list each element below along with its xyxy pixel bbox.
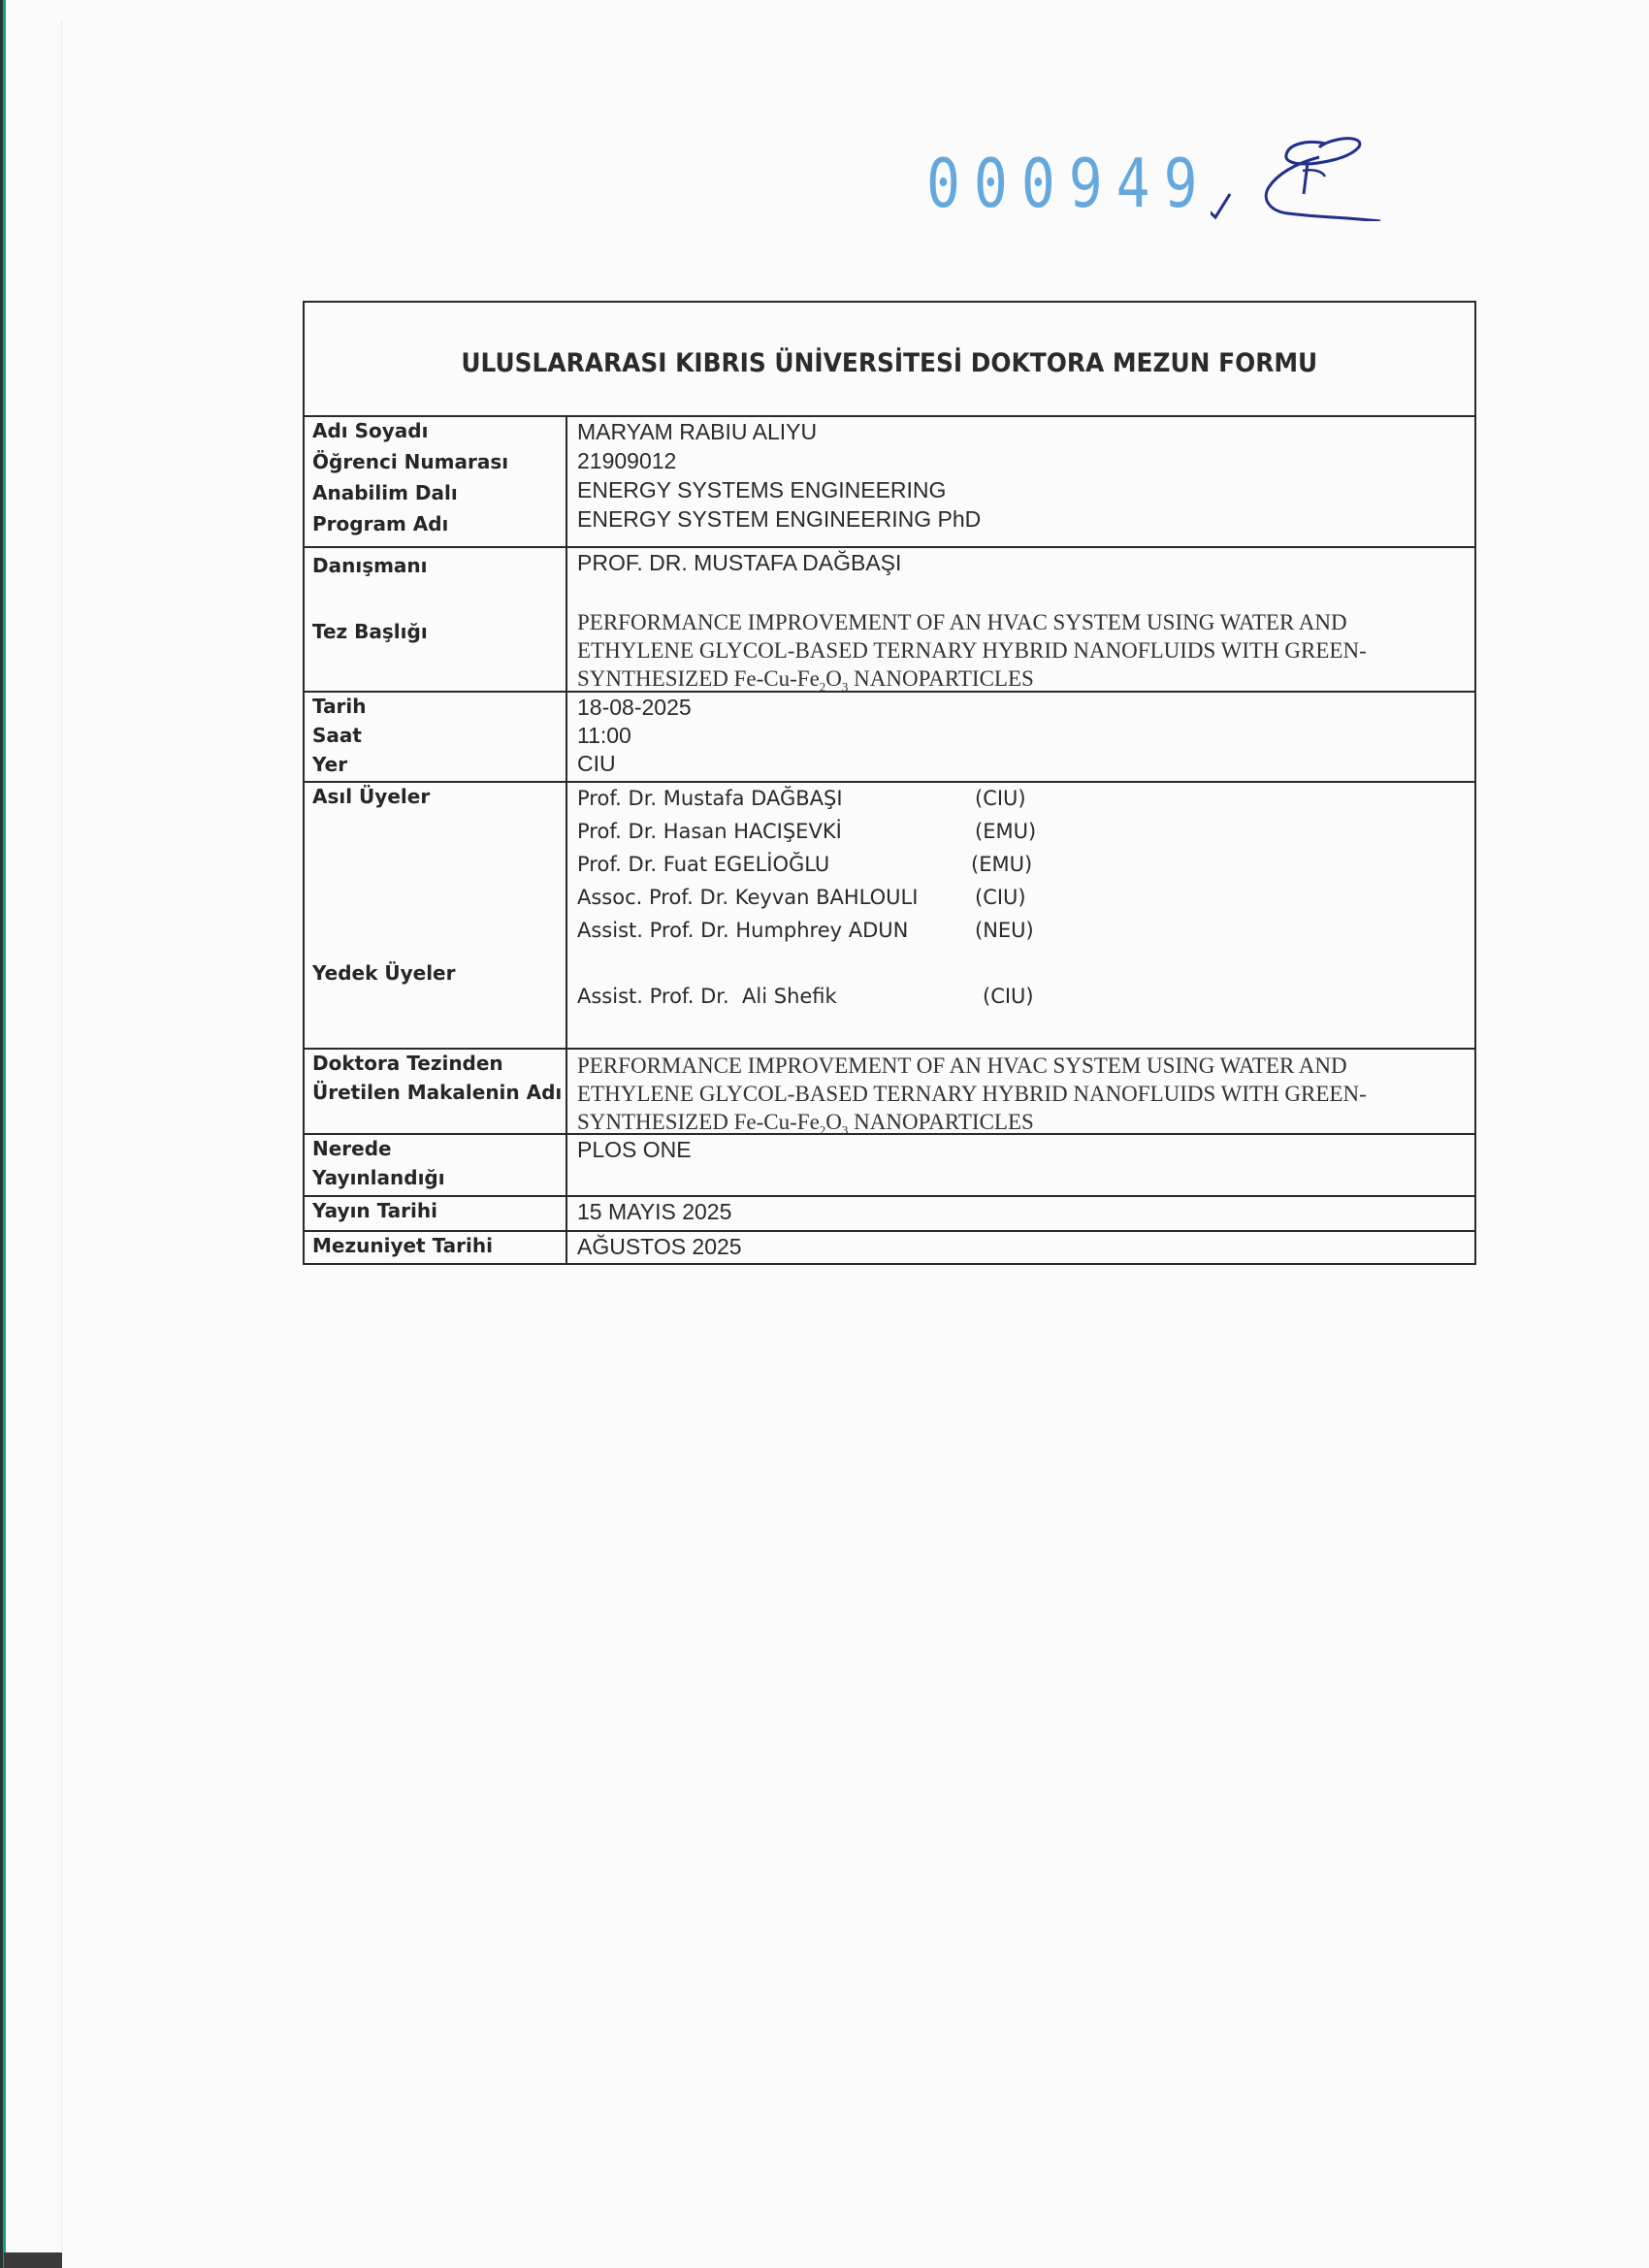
defense-place: CIU bbox=[577, 751, 1474, 779]
committee-member: Prof. Dr. Mustafa DAĞBAŞI(CIU) bbox=[577, 787, 1474, 820]
published-where-value: PLOS ONE bbox=[567, 1135, 1474, 1195]
label-program: Program Adı bbox=[312, 512, 566, 541]
label-main-members: Asıl Üyeler bbox=[312, 785, 566, 808]
published-where-row: Nerede Yayınlandığı PLOS ONE bbox=[305, 1135, 1474, 1197]
label-advisor: Danışmanı bbox=[312, 554, 566, 583]
label-publication-date: Yayın Tarihi bbox=[305, 1197, 567, 1230]
article-text: O bbox=[825, 1110, 842, 1134]
defense-info-values: 18-08-2025 11:00 CIU bbox=[567, 693, 1474, 781]
member-name: Prof. Dr. Fuat EGELİOĞLU bbox=[577, 853, 829, 876]
student-info-values: MARYAM RABIU ALIYU 21909012 ENERGY SYSTE… bbox=[567, 417, 1474, 546]
member-name: Assist. Prof. Dr. Humphrey ADUN bbox=[577, 919, 908, 942]
committee-labels: Asıl Üyeler Yedek Üyeler bbox=[305, 783, 567, 1048]
student-info-labels: Adı Soyadı Öğrenci Numarası Anabilim Dal… bbox=[305, 417, 567, 546]
label-article-2: Üretilen Makalenin Adı bbox=[312, 1081, 566, 1104]
committee-member: Assoc. Prof. Dr. Keyvan BAHLOULI(CIU) bbox=[577, 886, 1474, 919]
thesis-text: NANOPARTICLES bbox=[848, 666, 1033, 691]
committee-row: Asıl Üyeler Yedek Üyeler Prof. Dr. Musta… bbox=[305, 783, 1474, 1050]
scan-corner-shadow bbox=[4, 2252, 62, 2268]
member-affiliation: (EMU) bbox=[975, 820, 1036, 843]
member-affiliation: (CIU) bbox=[975, 787, 1026, 810]
publication-date-row: Yayın Tarihi 15 MAYIS 2025 bbox=[305, 1197, 1474, 1232]
label-article-1: Doktora Tezinden bbox=[312, 1052, 566, 1081]
article-text: NANOPARTICLES bbox=[848, 1110, 1033, 1134]
article-row: Doktora Tezinden Üretilen Makalenin Adı … bbox=[305, 1050, 1474, 1135]
signature-initials-icon bbox=[1211, 134, 1385, 221]
thesis-title-line: PERFORMANCE IMPROVEMENT OF AN HVAC SYSTE… bbox=[577, 608, 1474, 636]
advisor-name: PROF. DR. MUSTAFA DAĞBAŞI bbox=[577, 550, 1474, 579]
member-name: Assist. Prof. Dr. Ali Shefik bbox=[577, 985, 837, 1008]
label-thesis-title: Tez Başlığı bbox=[312, 620, 566, 643]
label-graduation-date: Mezuniyet Tarihi bbox=[305, 1232, 567, 1263]
defense-info-labels: Tarih Saat Yer bbox=[305, 693, 567, 781]
graduation-date-value: AĞUSTOS 2025 bbox=[567, 1232, 1474, 1263]
thesis-title-line: ETHYLENE GLYCOL-BASED TERNARY HYBRID NAN… bbox=[577, 636, 1474, 664]
advisor-thesis-values: PROF. DR. MUSTAFA DAĞBAŞI PERFORMANCE IM… bbox=[567, 548, 1474, 691]
graduation-date-row: Mezuniyet Tarihi AĞUSTOS 2025 bbox=[305, 1232, 1474, 1263]
article-labels: Doktora Tezinden Üretilen Makalenin Adı bbox=[305, 1050, 567, 1133]
label-published-where-1: Nerede bbox=[312, 1137, 566, 1166]
article-title: PERFORMANCE IMPROVEMENT OF AN HVAC SYSTE… bbox=[567, 1050, 1474, 1133]
member-affiliation: (CIU) bbox=[983, 985, 1034, 1008]
member-name: Prof. Dr. Hasan HACIŞEVKİ bbox=[577, 820, 842, 843]
label-department: Anabilim Dalı bbox=[312, 481, 566, 510]
member-name: Prof. Dr. Mustafa DAĞBAŞI bbox=[577, 787, 843, 810]
member-affiliation: (CIU) bbox=[975, 886, 1026, 909]
label-student-number: Öğrenci Numarası bbox=[312, 450, 566, 479]
department: ENERGY SYSTEMS ENGINEERING bbox=[577, 477, 1474, 506]
program: ENERGY SYSTEM ENGINEERING PhD bbox=[577, 506, 1474, 535]
form-title-row: ULUSLARARASI KIBRIS ÜNİVERSİTESİ DOKTORA… bbox=[305, 303, 1474, 417]
label-published-where-2: Yayınlandığı bbox=[312, 1166, 566, 1189]
published-where-labels: Nerede Yayınlandığı bbox=[305, 1135, 567, 1195]
committee-member: Prof. Dr. Hasan HACIŞEVKİ(EMU) bbox=[577, 820, 1474, 853]
committee-member: Assist. Prof. Dr. Humphrey ADUN(NEU) bbox=[577, 919, 1474, 952]
member-spacer bbox=[577, 952, 1474, 985]
defense-info-row: Tarih Saat Yer 18-08-2025 11:00 CIU bbox=[305, 693, 1474, 783]
student-number: 21909012 bbox=[577, 448, 1474, 477]
label-place: Yer bbox=[312, 753, 566, 782]
student-name: MARYAM RABIU ALIYU bbox=[577, 419, 1474, 448]
scan-edge-shadow bbox=[0, 0, 3, 2268]
thesis-text: SYNTHESIZED Fe-Cu-Fe bbox=[577, 666, 820, 691]
scan-fold-line bbox=[61, 19, 62, 2251]
member-affiliation: (NEU) bbox=[975, 919, 1034, 942]
member-affiliation: (EMU) bbox=[971, 853, 1032, 876]
publication-date-value: 15 MAYIS 2025 bbox=[567, 1197, 1474, 1230]
member-name: Assoc. Prof. Dr. Keyvan BAHLOULI bbox=[577, 886, 918, 909]
article-title-line: PERFORMANCE IMPROVEMENT OF AN HVAC SYSTE… bbox=[577, 1052, 1474, 1080]
committee-member: Prof. Dr. Fuat EGELİOĞLU(EMU) bbox=[577, 853, 1474, 886]
thesis-text: O bbox=[825, 666, 842, 691]
label-substitute-members: Yedek Üyeler bbox=[312, 961, 566, 985]
student-info-row: Adı Soyadı Öğrenci Numarası Anabilim Dal… bbox=[305, 417, 1474, 548]
document-number-stamp: 000949 bbox=[926, 144, 1212, 223]
form-title: ULUSLARARASI KIBRIS ÜNİVERSİTESİ DOKTORA… bbox=[462, 340, 1318, 378]
label-date: Tarih bbox=[312, 695, 566, 724]
label-time: Saat bbox=[312, 724, 566, 753]
advisor-thesis-row: Danışmanı Tez Başlığı PROF. DR. MUSTAFA … bbox=[305, 548, 1474, 693]
substitute-member: Assist. Prof. Dr. Ali Shefik(CIU) bbox=[577, 985, 1474, 1018]
article-text: SYNTHESIZED Fe-Cu-Fe bbox=[577, 1110, 820, 1134]
article-title-line: ETHYLENE GLYCOL-BASED TERNARY HYBRID NAN… bbox=[577, 1080, 1474, 1108]
graduation-form-table: ULUSLARARASI KIBRIS ÜNİVERSİTESİ DOKTORA… bbox=[303, 301, 1476, 1265]
defense-date: 18-08-2025 bbox=[577, 695, 1474, 723]
defense-time: 11:00 bbox=[577, 723, 1474, 751]
thesis-title: PERFORMANCE IMPROVEMENT OF AN HVAC SYSTE… bbox=[577, 608, 1474, 701]
committee-values: Prof. Dr. Mustafa DAĞBAŞI(CIU)Prof. Dr. … bbox=[567, 783, 1474, 1048]
advisor-thesis-labels: Danışmanı Tez Başlığı bbox=[305, 548, 567, 691]
label-name: Adı Soyadı bbox=[312, 419, 566, 448]
